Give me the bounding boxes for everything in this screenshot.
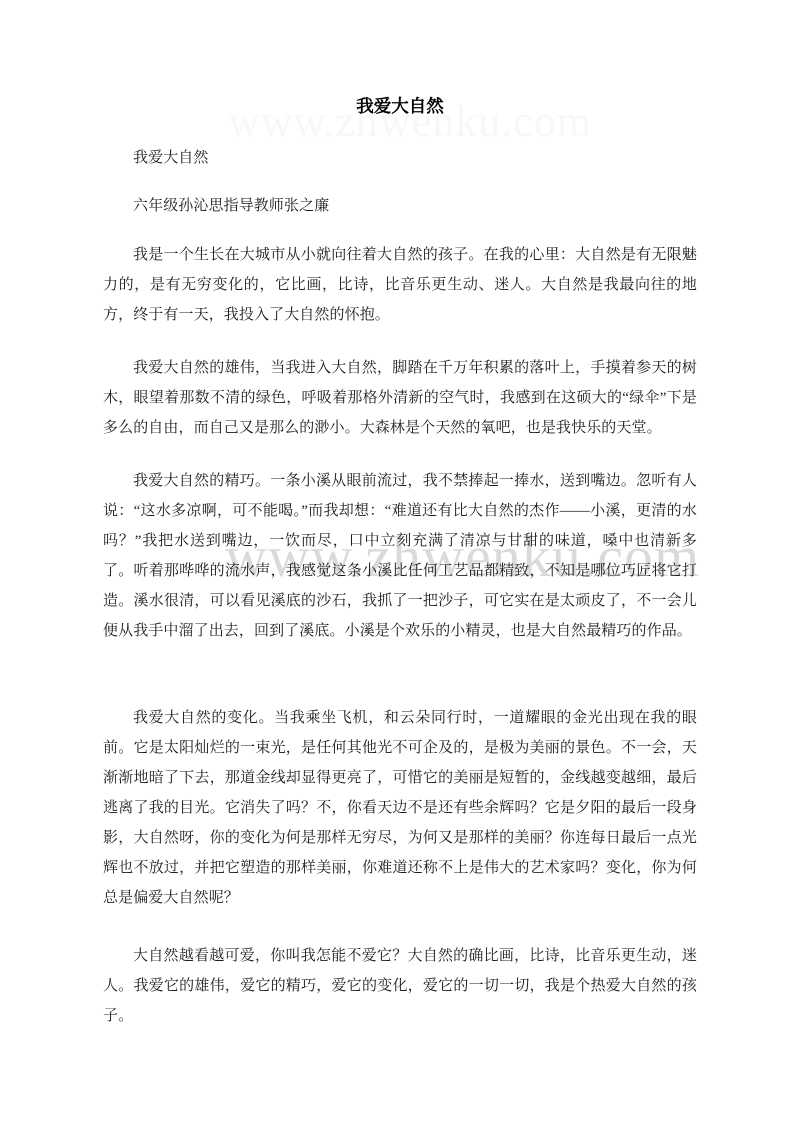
document-page: www.zhwenku.com www.zhwenku.com 我爱大自然 我爱…	[0, 0, 800, 1132]
paragraph: 我爱大自然的精巧。一条小溪从眼前流过，我不禁捧起一捧水，送到嘴边。忽听有人说：“…	[103, 466, 697, 646]
paragraph: 我是一个生长在大城市从小就向往着大自然的孩子。在我的心里：大自然是有无限魅力的，…	[103, 240, 697, 330]
paragraph: 我爱大自然的变化。当我乘坐飞机，和云朵同行时，一道耀眼的金光出现在我的眼前。它是…	[103, 703, 697, 913]
paragraph: 我爱大自然的雄伟，当我进入大自然，脚踏在千万年积累的落叶上，手摸着参天的树木，眼…	[103, 353, 697, 443]
paragraph: 大自然越看越可爱，你叫我怎能不爱它？大自然的确比画，比诗，比音乐更生动，迷人。我…	[103, 941, 697, 1031]
document-content: 我爱大自然 我爱大自然 六年级孙沁思指导教师张之廉 我是一个生长在大城市从小就向…	[0, 0, 800, 1031]
byline-author-teacher: 六年级孙沁思指导教师张之廉	[103, 191, 697, 221]
page-title: 我爱大自然	[103, 91, 697, 121]
byline-essay-title: 我爱大自然	[103, 143, 697, 173]
